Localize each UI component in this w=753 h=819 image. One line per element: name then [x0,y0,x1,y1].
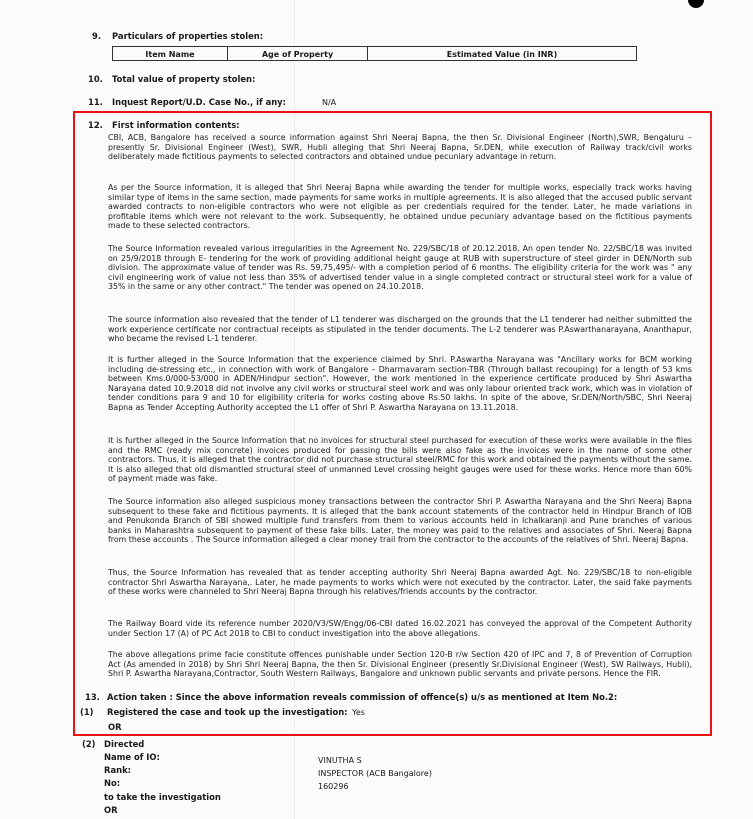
item9-number: 9. [92,31,101,41]
io-name-value: VINUTHA S [318,756,362,765]
item13-sub1-value: Yes [352,708,365,717]
stolen-property-table: Item Name Age of Property Estimated Valu… [112,46,637,61]
col-age-of-property: Age of Property [228,47,368,61]
item13-sub1-label: Registered the case and took up the inve… [107,707,348,717]
fir-paragraph: The Source information also alleged susp… [108,497,692,545]
or-separator: OR [104,805,118,815]
io-no-value: 160296 [318,782,349,791]
io-rank-label: Rank: [104,765,131,775]
fir-paragraph: CBI, ACB, Bangalore has received a sourc… [108,133,692,162]
io-name-label: Name of IO: [104,752,160,762]
fir-paragraph: Thus, the Source Information has reveale… [108,568,692,597]
fir-paragraph: It is further alleged in the Source Info… [108,436,692,484]
item13-number: 13. [85,692,100,702]
corner-dot-mark [688,0,704,8]
item11-value: N/A [322,98,336,107]
item13-sub2-label: Directed [104,739,144,749]
item13-sub2-number: (2) [82,739,95,749]
io-no-label: No: [104,778,120,788]
fir-paragraph: As per the Source information, it is all… [108,183,692,231]
item12-label: First information contents: [112,120,240,130]
fir-document-page: 9. Particulars of properties stolen: Ite… [0,0,753,819]
item9-label: Particulars of properties stolen: [112,31,263,41]
item13-label: Action taken : Since the above informati… [107,692,617,702]
fir-paragraph: The Railway Board vide its reference num… [108,619,692,638]
item11-number: 11. [88,97,103,107]
fir-paragraph: The source information also revealed tha… [108,315,692,344]
fir-paragraph: The Source Information revealed various … [108,244,692,292]
col-item-name: Item Name [113,47,228,61]
io-rank-value: INSPECTOR (ACB Bangalore) [318,769,432,778]
investigation-footer: to take the investigation [104,792,221,802]
item12-number: 12. [88,120,103,130]
item13-sub1-number: (1) [80,707,93,717]
item10-number: 10. [88,74,103,84]
or-separator: OR [108,722,122,732]
col-estimated-value: Estimated Value (in INR) [368,47,637,61]
item10-label: Total value of property stolen: [112,74,255,84]
item11-label: Inquest Report/U.D. Case No., if any: [112,97,286,107]
fir-paragraph: It is further alleged in the Source Info… [108,355,692,413]
fir-paragraph: The above allegations prime facie consti… [108,650,692,679]
